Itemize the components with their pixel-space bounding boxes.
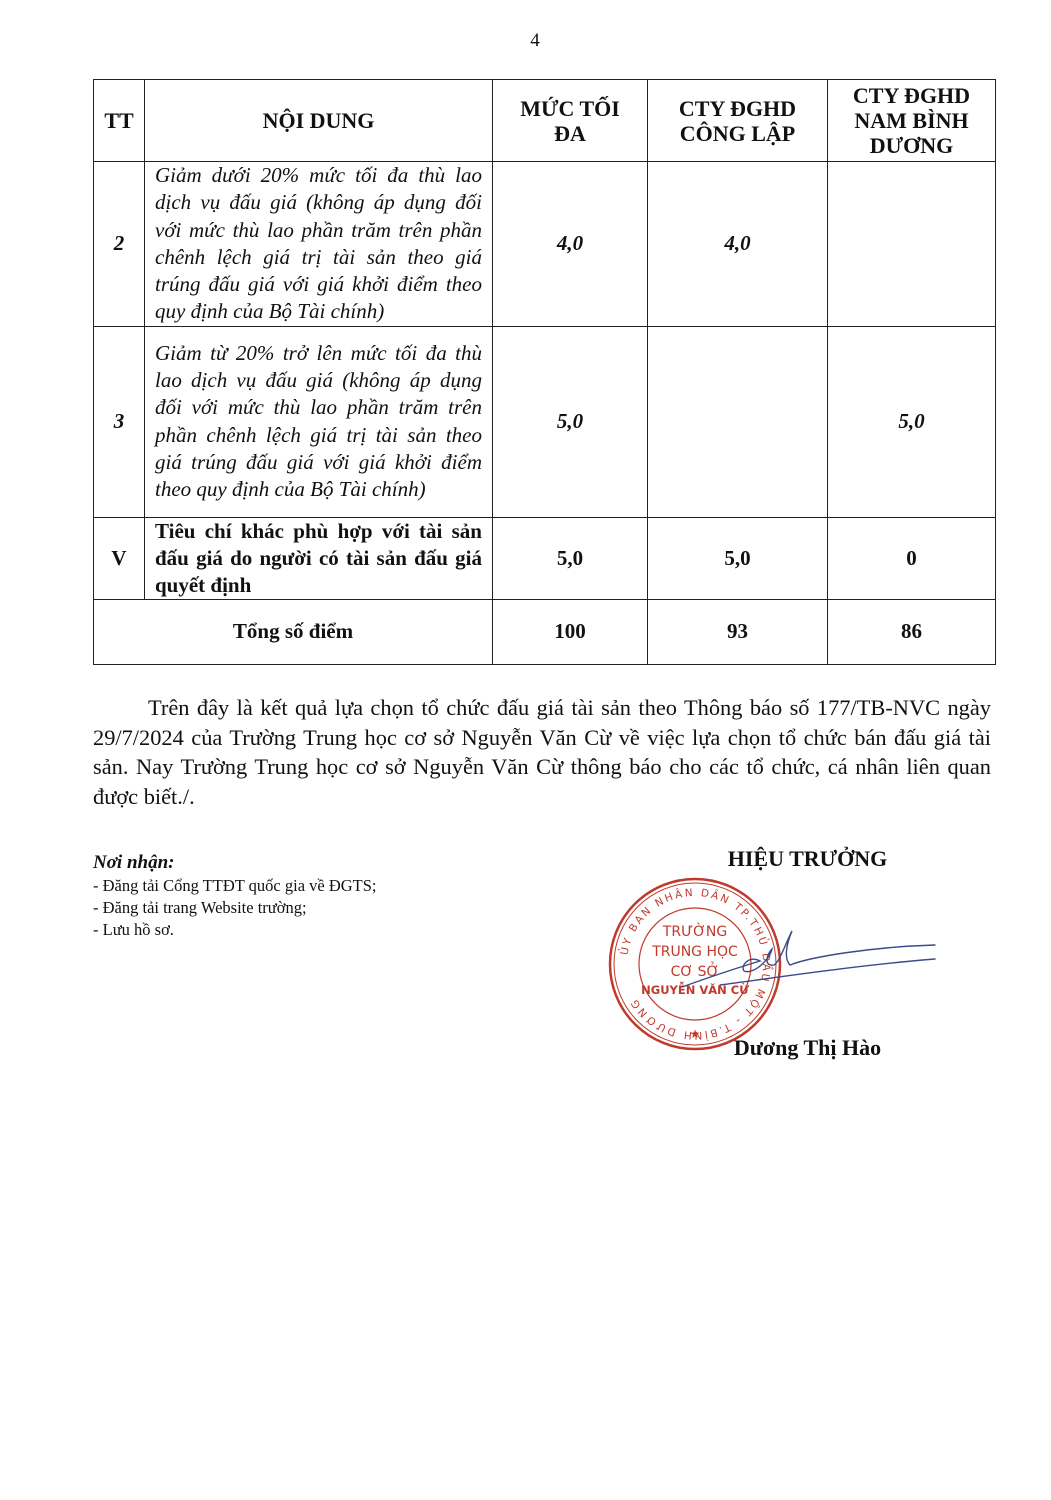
recipient-item: - Đăng tải Cổng TTĐT quốc gia về ĐGTS; <box>93 875 553 897</box>
svg-text:★: ★ <box>690 1027 701 1041</box>
row-content: Giảm từ 20% trở lên mức tối đa thù lao d… <box>145 326 493 517</box>
page-number: 4 <box>0 30 1051 52</box>
table-header-row: TT NỘI DUNG MỨC TỐI ĐA CTY ĐGHD CÔNG LẬP… <box>94 80 996 162</box>
header-max-line: MỨC TỐI <box>493 96 647 121</box>
row-cong-lap: 5,0 <box>648 517 828 599</box>
signer-title: HIỆU TRƯỞNG <box>700 846 915 872</box>
row-tt: 3 <box>94 326 145 517</box>
row-nam-binh-duong <box>828 162 996 327</box>
header-cong-lap-line: CÔNG LẬP <box>648 121 827 146</box>
header-nbd-line: NAM BÌNH <box>828 108 995 133</box>
row-content: Giảm dưới 20% mức tối đa thù lao dịch vụ… <box>145 162 493 327</box>
row-nam-binh-duong: 5,0 <box>828 326 996 517</box>
conclusion-paragraph: Trên đây là kết quả lựa chọn tổ chức đấu… <box>93 693 991 811</box>
signer-name: Dương Thị Hào <box>700 1035 915 1061</box>
recipients-title: Nơi nhận: <box>93 851 553 875</box>
handwritten-signature-icon <box>680 925 940 995</box>
total-row: Tổng số điểm 100 93 86 <box>94 599 996 664</box>
header-nbd-line: CTY ĐGHD <box>828 83 995 108</box>
row-cong-lap: 4,0 <box>648 162 828 327</box>
header-cong-lap: CTY ĐGHD CÔNG LẬP <box>648 80 828 162</box>
header-cong-lap-line: CTY ĐGHD <box>648 96 827 121</box>
recipients-block: Nơi nhận: - Đăng tải Cổng TTĐT quốc gia … <box>93 851 553 941</box>
row-max: 5,0 <box>493 326 648 517</box>
table-row: 3 Giảm từ 20% trở lên mức tối đa thù lao… <box>94 326 996 517</box>
header-content: NỘI DUNG <box>145 80 493 162</box>
row-tt: V <box>94 517 145 599</box>
header-nbd-line: DƯƠNG <box>828 133 995 158</box>
row-content: Tiêu chí khác phù hợp với tài sản đấu gi… <box>145 517 493 599</box>
row-nam-binh-duong: 0 <box>828 517 996 599</box>
total-cong-lap: 93 <box>648 599 828 664</box>
row-max: 5,0 <box>493 517 648 599</box>
header-max: MỨC TỐI ĐA <box>493 80 648 162</box>
header-max-line: ĐA <box>493 121 647 146</box>
table-row: 2 Giảm dưới 20% mức tối đa thù lao dịch … <box>94 162 996 327</box>
row-tt: 2 <box>94 162 145 327</box>
total-nam-binh-duong: 86 <box>828 599 996 664</box>
header-tt: TT <box>94 80 145 162</box>
total-max: 100 <box>493 599 648 664</box>
score-table: TT NỘI DUNG MỨC TỐI ĐA CTY ĐGHD CÔNG LẬP… <box>93 79 996 665</box>
recipient-item: - Đăng tải trang Website trường; <box>93 897 553 919</box>
total-label: Tổng số điểm <box>94 599 493 664</box>
row-cong-lap <box>648 326 828 517</box>
header-nam-binh-duong: CTY ĐGHD NAM BÌNH DƯƠNG <box>828 80 996 162</box>
row-max: 4,0 <box>493 162 648 327</box>
recipient-item: - Lưu hồ sơ. <box>93 919 553 941</box>
table-row: V Tiêu chí khác phù hợp với tài sản đấu … <box>94 517 996 599</box>
